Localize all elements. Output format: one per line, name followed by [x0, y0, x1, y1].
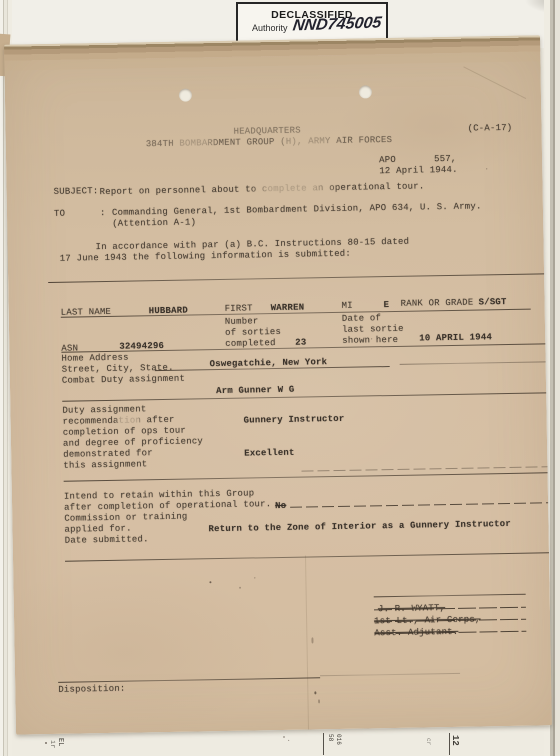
document-sheet: HEADQUARTERS 384TH BOMBARDMENT GROUP (H)…	[4, 35, 552, 734]
duty-recommendation-value: Gunnery Instructor	[244, 414, 345, 426]
address-label-1: Home Address	[61, 353, 128, 364]
combat-duty-label: Combat Duty assignment	[62, 374, 185, 386]
duty-label-6: this assignment	[63, 459, 147, 470]
address-underline-ext	[400, 361, 546, 365]
fold-crease	[305, 556, 309, 730]
org-name-line1: HEADQUARTERS	[233, 126, 300, 137]
mi-value: E	[384, 300, 390, 310]
last-sortie-date-value: 10 APRIL 1944	[419, 332, 492, 343]
stamp-authority-label: Authority	[252, 23, 288, 33]
under-page-dot	[45, 742, 47, 744]
first-name-label: FIRST	[225, 303, 253, 313]
combat-duty-value: Arm Gunner W G	[216, 385, 295, 396]
section-rule	[48, 273, 544, 283]
under-page-mark-left-2: ir	[48, 740, 56, 748]
commission-label-1: Commission or training	[64, 512, 187, 524]
retain-answer-dashline	[290, 502, 548, 508]
retain-section-rule	[64, 472, 548, 481]
under-page-mark-2: 016	[335, 734, 342, 745]
under-page-mark-1: 58	[327, 734, 334, 741]
apo-label: APO	[379, 155, 396, 165]
commission-label-2: applied for.	[64, 524, 131, 535]
first-name-value: WARREN	[271, 303, 305, 314]
under-page-mark-left-1: EL	[56, 738, 64, 746]
sorties-label-1: Number	[225, 316, 259, 327]
proficiency-value: Excellent	[244, 448, 295, 459]
signature-top-rule	[374, 594, 526, 598]
commission-label-3: Date submitted.	[65, 534, 149, 545]
subject-text: Report on personnel about to complete an…	[100, 181, 425, 197]
under-page-rule-mid	[323, 733, 324, 755]
sorties-label-2: of sorties	[225, 327, 281, 338]
punch-hole-right	[359, 85, 372, 98]
retain-answer: No	[275, 501, 286, 511]
reference-code: (C-A-17)	[467, 123, 512, 134]
to-label: TO	[54, 209, 65, 219]
bottom-section-rule	[65, 552, 549, 561]
org-name-line2: 384TH BOMBARDMENT GROUP (H), ARMY AIR FO…	[146, 135, 393, 149]
duty-label-1: Duty assignment	[62, 404, 146, 415]
under-page-mark-3: cr	[425, 738, 432, 745]
duty-label-2: recommendation after	[63, 415, 175, 427]
stamp-authority-number: NND745005	[291, 14, 382, 35]
duty-label-5: demonstrated for	[63, 448, 153, 460]
attention-line: (Attention A-1)	[112, 217, 196, 228]
under-page-number: 12	[450, 735, 460, 746]
mi-label: MI	[342, 301, 353, 311]
address-label-2: Street, City, State.	[62, 363, 174, 375]
rank-label: RANK OR GRADE	[401, 298, 474, 309]
apo-number: 557,	[434, 154, 457, 164]
to-text: Commanding General, 1st Bombardment Divi…	[112, 201, 482, 217]
to-colon: :	[100, 208, 106, 218]
last-sortie-label-2: last sortie	[342, 324, 404, 335]
disposition-label: Disposition:	[58, 684, 125, 695]
last-sortie-label-3: shown here	[342, 335, 398, 346]
scanned-document-page: DECLASSIFIED Authority NND745005 HEADQUA…	[0, 0, 560, 756]
punch-hole-left	[179, 88, 192, 101]
disposition-rule	[58, 677, 320, 683]
sorties-value: 23	[295, 337, 306, 347]
subject-label: SUBJECT:	[54, 186, 99, 197]
disposition-rule-ext	[320, 673, 460, 676]
under-page-dot-2	[283, 736, 285, 738]
retain-rule-upper	[301, 466, 547, 471]
commission-answer: Return to the Zone of Interior as a Gunn…	[208, 519, 511, 534]
duty-label-4: and degree of proficiency	[63, 436, 203, 448]
letter-date: 12 April 1944.	[379, 165, 458, 176]
paper-scratch	[463, 66, 526, 99]
last-sortie-label-1: Date of	[342, 313, 381, 324]
combat-section-rule	[62, 392, 546, 401]
rank-value: S/SGT	[479, 297, 507, 307]
